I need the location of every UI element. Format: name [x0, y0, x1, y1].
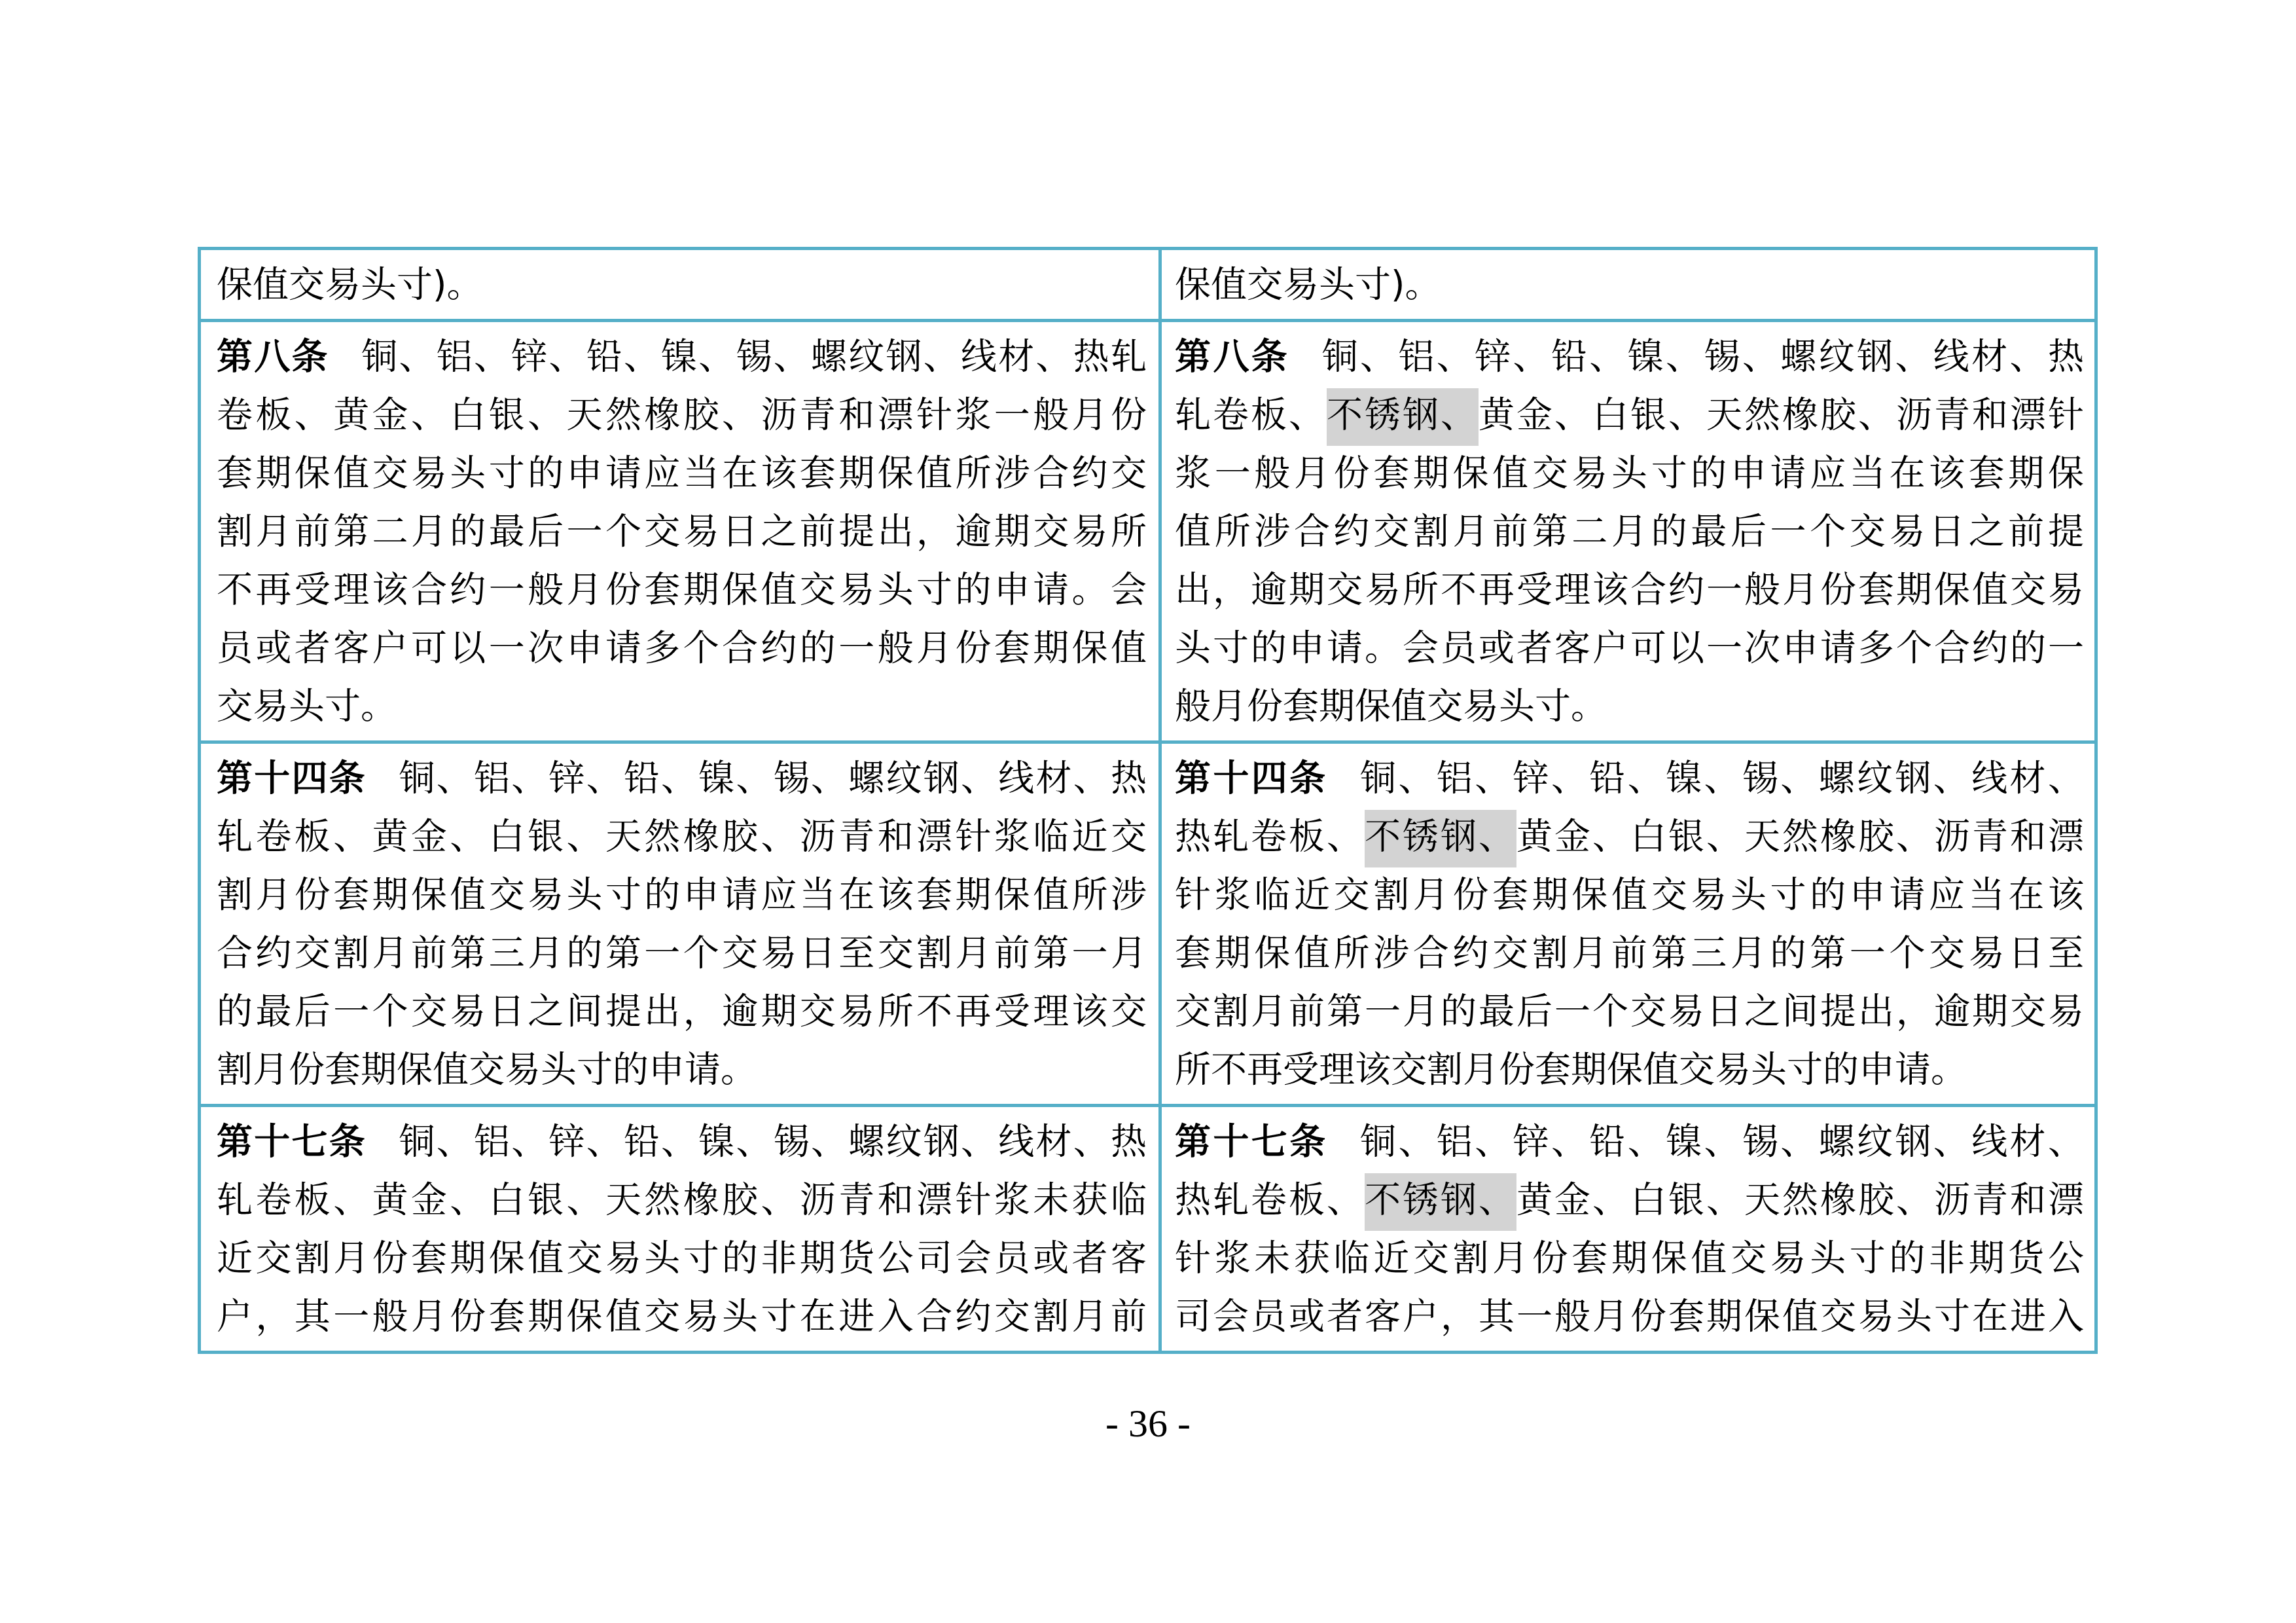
text-line: 卷板、黄金、白银、天然橡胶、沥青和漂针浆一般月份: [217, 386, 1147, 444]
left-version-cell: 第八条铜、铝、锌、铅、镍、锡、螺纹钢、线材、热轧卷板、黄金、白银、天然橡胶、沥青…: [200, 321, 1160, 742]
text-line: 轧卷板、黄金、白银、天然橡胶、沥青和漂针浆未获临: [217, 1171, 1147, 1229]
text-line: 般月份套期保值交易头寸。: [1175, 677, 2084, 735]
right-version-cell: 第十七条铜、铝、锌、铅、镍、锡、螺纹钢、线材、热轧卷板、不锈钢、黄金、白银、天然…: [1160, 1106, 2096, 1353]
text-line: 合约交割月前第三月的第一个交易日至交割月前第一月: [217, 924, 1147, 982]
text-line: 户，其一般月份套期保值交易头寸在进入合约交割月前: [217, 1287, 1147, 1345]
text-segment: 割月前第二月的最后一个交易日之前提出，逾期交易所: [217, 510, 1147, 552]
text-segment: 割月份套期保值交易头寸的申请应当在该套期保值所涉: [217, 873, 1147, 915]
text-segment: 热轧卷板、: [1175, 1178, 1365, 1220]
table-row: 第八条铜、铝、锌、铅、镍、锡、螺纹钢、线材、热轧卷板、黄金、白银、天然橡胶、沥青…: [200, 321, 2096, 742]
right-version-cell: 保值交易头寸)。: [1160, 249, 2096, 321]
text-line: 第八条铜、铝、锌、铅、镍、锡、螺纹钢、线材、热轧: [217, 327, 1147, 386]
text-segment: 保值交易头寸)。: [1175, 263, 1441, 305]
left-version-cell: 第十四条铜、铝、锌、铅、镍、锡、螺纹钢、线材、热轧卷板、黄金、白银、天然橡胶、沥…: [200, 742, 1160, 1106]
highlighted-text: 不锈钢、: [1365, 1173, 1516, 1231]
text-segment: 般月份套期保值交易头寸。: [1175, 685, 1607, 727]
article-number-label: 第八条: [217, 335, 329, 377]
text-segment: 黄金、白银、天然橡胶、沥青和漂: [1516, 1178, 2084, 1220]
text-line: 所不再受理该交割月份套期保值交易头寸的申请。: [1175, 1040, 2084, 1099]
text-line: 不再受理该合约一般月份套期保值交易头寸的申请。会: [217, 560, 1147, 619]
page-number: - 36 -: [0, 1401, 2296, 1446]
article-number-label: 第十四条: [217, 757, 367, 799]
article-number-label: 第十七条: [217, 1120, 367, 1162]
table-row: 第十四条铜、铝、锌、铅、镍、锡、螺纹钢、线材、热轧卷板、黄金、白银、天然橡胶、沥…: [200, 742, 2096, 1106]
comparison-table: 保值交易头寸)。保值交易头寸)。第八条铜、铝、锌、铅、镍、锡、螺纹钢、线材、热轧…: [198, 247, 2098, 1354]
text-line: 的最后一个交易日之间提出，逾期交易所不再受理该交: [217, 982, 1147, 1040]
text-segment: 卷板、黄金、白银、天然橡胶、沥青和漂针浆一般月份: [217, 393, 1147, 435]
text-line: 近交割月份套期保值交易头寸的非期货公司会员或者客: [217, 1229, 1147, 1287]
text-segment: 头寸的申请。会员或者客户可以一次申请多个合约的一: [1175, 627, 2084, 668]
text-segment: 浆一般月份套期保值交易头寸的申请应当在该套期保: [1175, 452, 2084, 494]
text-segment: 铜、铝、锌、铅、镍、锡、螺纹钢、线材、热轧: [361, 335, 1147, 377]
text-line: 第十四条铜、铝、锌、铅、镍、锡、螺纹钢、线材、热: [217, 749, 1147, 807]
text-segment: 员或者客户可以一次申请多个合约的一般月份套期保值: [217, 627, 1147, 668]
text-segment: 所不再受理该交割月份套期保值交易头寸的申请。: [1175, 1048, 1967, 1090]
text-segment: 黄金、白银、天然橡胶、沥青和漂针: [1479, 393, 2084, 435]
text-segment: 套期保值所涉合约交割月前第三月的第一个交易日至: [1175, 932, 2084, 974]
text-segment: 铜、铝、锌、铅、镍、锡、螺纹钢、线材、热: [399, 1120, 1147, 1162]
text-line: 轧卷板、不锈钢、黄金、白银、天然橡胶、沥青和漂针: [1175, 386, 2084, 444]
text-segment: 轧卷板、黄金、白银、天然橡胶、沥青和漂针浆临近交: [217, 815, 1147, 857]
text-segment: 轧卷板、黄金、白银、天然橡胶、沥青和漂针浆未获临: [217, 1178, 1147, 1220]
text-line: 保值交易头寸)。: [1175, 255, 2084, 314]
text-line: 热轧卷板、不锈钢、黄金、白银、天然橡胶、沥青和漂: [1175, 807, 2084, 866]
text-segment: 针浆临近交割月份套期保值交易头寸的申请应当在该: [1175, 873, 2084, 915]
text-line: 第十七条铜、铝、锌、铅、镍、锡、螺纹钢、线材、: [1175, 1112, 2084, 1171]
text-segment: 户，其一般月份套期保值交易头寸在进入合约交割月前: [217, 1295, 1147, 1337]
text-segment: 热轧卷板、: [1175, 815, 1365, 857]
text-line: 头寸的申请。会员或者客户可以一次申请多个合约的一: [1175, 619, 2084, 677]
text-segment: 出，逾期交易所不再受理该合约一般月份套期保值交易: [1175, 568, 2084, 610]
text-segment: 司会员或者客户，其一般月份套期保值交易头寸在进入: [1175, 1295, 2084, 1337]
text-segment: 铜、铝、锌、铅、镍、锡、螺纹钢、线材、热: [1322, 335, 2084, 377]
text-line: 针浆未获临近交割月份套期保值交易头寸的非期货公: [1175, 1229, 2084, 1287]
text-line: 浆一般月份套期保值交易头寸的申请应当在该套期保: [1175, 444, 2084, 502]
text-line: 第十七条铜、铝、锌、铅、镍、锡、螺纹钢、线材、热: [217, 1112, 1147, 1171]
text-segment: 割月份套期保值交易头寸的申请。: [217, 1048, 757, 1090]
text-line: 值所涉合约交割月前第二月的最后一个交易日之前提: [1175, 502, 2084, 560]
text-segment: 合约交割月前第三月的第一个交易日至交割月前第一月: [217, 932, 1147, 974]
text-line: 第八条铜、铝、锌、铅、镍、锡、螺纹钢、线材、热: [1175, 327, 2084, 386]
left-version-cell: 第十七条铜、铝、锌、铅、镍、锡、螺纹钢、线材、热轧卷板、黄金、白银、天然橡胶、沥…: [200, 1106, 1160, 1353]
text-segment: 套期保值交易头寸的申请应当在该套期保值所涉合约交: [217, 452, 1147, 494]
comparison-table-body: 保值交易头寸)。保值交易头寸)。第八条铜、铝、锌、铅、镍、锡、螺纹钢、线材、热轧…: [200, 249, 2096, 1353]
text-segment: 保值交易头寸)。: [217, 263, 482, 305]
text-segment: 近交割月份套期保值交易头寸的非期货公司会员或者客: [217, 1237, 1147, 1279]
document-page: { "page": { "number": "- 36 -" }, "color…: [0, 0, 2296, 1623]
text-line: 员或者客户可以一次申请多个合约的一般月份套期保值: [217, 619, 1147, 677]
article-number-label: 第十七条: [1175, 1120, 1328, 1162]
text-line: 割月前第二月的最后一个交易日之前提出，逾期交易所: [217, 502, 1147, 560]
text-segment: 值所涉合约交割月前第二月的最后一个交易日之前提: [1175, 510, 2084, 552]
text-line: 交易头寸。: [217, 677, 1147, 735]
text-segment: 针浆未获临近交割月份套期保值交易头寸的非期货公: [1175, 1237, 2084, 1279]
right-version-cell: 第八条铜、铝、锌、铅、镍、锡、螺纹钢、线材、热轧卷板、不锈钢、黄金、白银、天然橡…: [1160, 321, 2096, 742]
text-line: 针浆临近交割月份套期保值交易头寸的申请应当在该: [1175, 866, 2084, 924]
text-line: 割月份套期保值交易头寸的申请。: [217, 1040, 1147, 1099]
text-segment: 轧卷板、: [1175, 393, 1327, 435]
text-segment: 交易头寸。: [217, 685, 397, 727]
left-version-cell: 保值交易头寸)。: [200, 249, 1160, 321]
text-segment: 交割月前第一月的最后一个交易日之间提出，逾期交易: [1175, 990, 2084, 1032]
table-row: 保值交易头寸)。保值交易头寸)。: [200, 249, 2096, 321]
text-segment: 铜、铝、锌、铅、镍、锡、螺纹钢、线材、: [1360, 757, 2084, 799]
highlighted-text: 不锈钢、: [1365, 810, 1516, 867]
text-line: 割月份套期保值交易头寸的申请应当在该套期保值所涉: [217, 866, 1147, 924]
text-line: 交割月前第一月的最后一个交易日之间提出，逾期交易: [1175, 982, 2084, 1040]
table-row: 第十七条铜、铝、锌、铅、镍、锡、螺纹钢、线材、热轧卷板、黄金、白银、天然橡胶、沥…: [200, 1106, 2096, 1353]
text-segment: 的最后一个交易日之间提出，逾期交易所不再受理该交: [217, 990, 1147, 1032]
text-segment: 黄金、白银、天然橡胶、沥青和漂: [1516, 815, 2084, 857]
text-line: 出，逾期交易所不再受理该合约一般月份套期保值交易: [1175, 560, 2084, 619]
text-line: 套期保值交易头寸的申请应当在该套期保值所涉合约交: [217, 444, 1147, 502]
text-segment: 铜、铝、锌、铅、镍、锡、螺纹钢、线材、热: [399, 757, 1147, 799]
text-line: 司会员或者客户，其一般月份套期保值交易头寸在进入: [1175, 1287, 2084, 1345]
article-number-label: 第八条: [1175, 335, 1289, 377]
text-line: 热轧卷板、不锈钢、黄金、白银、天然橡胶、沥青和漂: [1175, 1171, 2084, 1229]
right-version-cell: 第十四条铜、铝、锌、铅、镍、锡、螺纹钢、线材、热轧卷板、不锈钢、黄金、白银、天然…: [1160, 742, 2096, 1106]
highlighted-text: 不锈钢、: [1327, 388, 1479, 446]
text-segment: 铜、铝、锌、铅、镍、锡、螺纹钢、线材、: [1360, 1120, 2084, 1162]
text-line: 轧卷板、黄金、白银、天然橡胶、沥青和漂针浆临近交: [217, 807, 1147, 866]
text-segment: 不再受理该合约一般月份套期保值交易头寸的申请。会: [217, 568, 1147, 610]
text-line: 保值交易头寸)。: [217, 255, 1147, 314]
article-number-label: 第十四条: [1175, 757, 1328, 799]
text-line: 第十四条铜、铝、锌、铅、镍、锡、螺纹钢、线材、: [1175, 749, 2084, 807]
text-line: 套期保值所涉合约交割月前第三月的第一个交易日至: [1175, 924, 2084, 982]
